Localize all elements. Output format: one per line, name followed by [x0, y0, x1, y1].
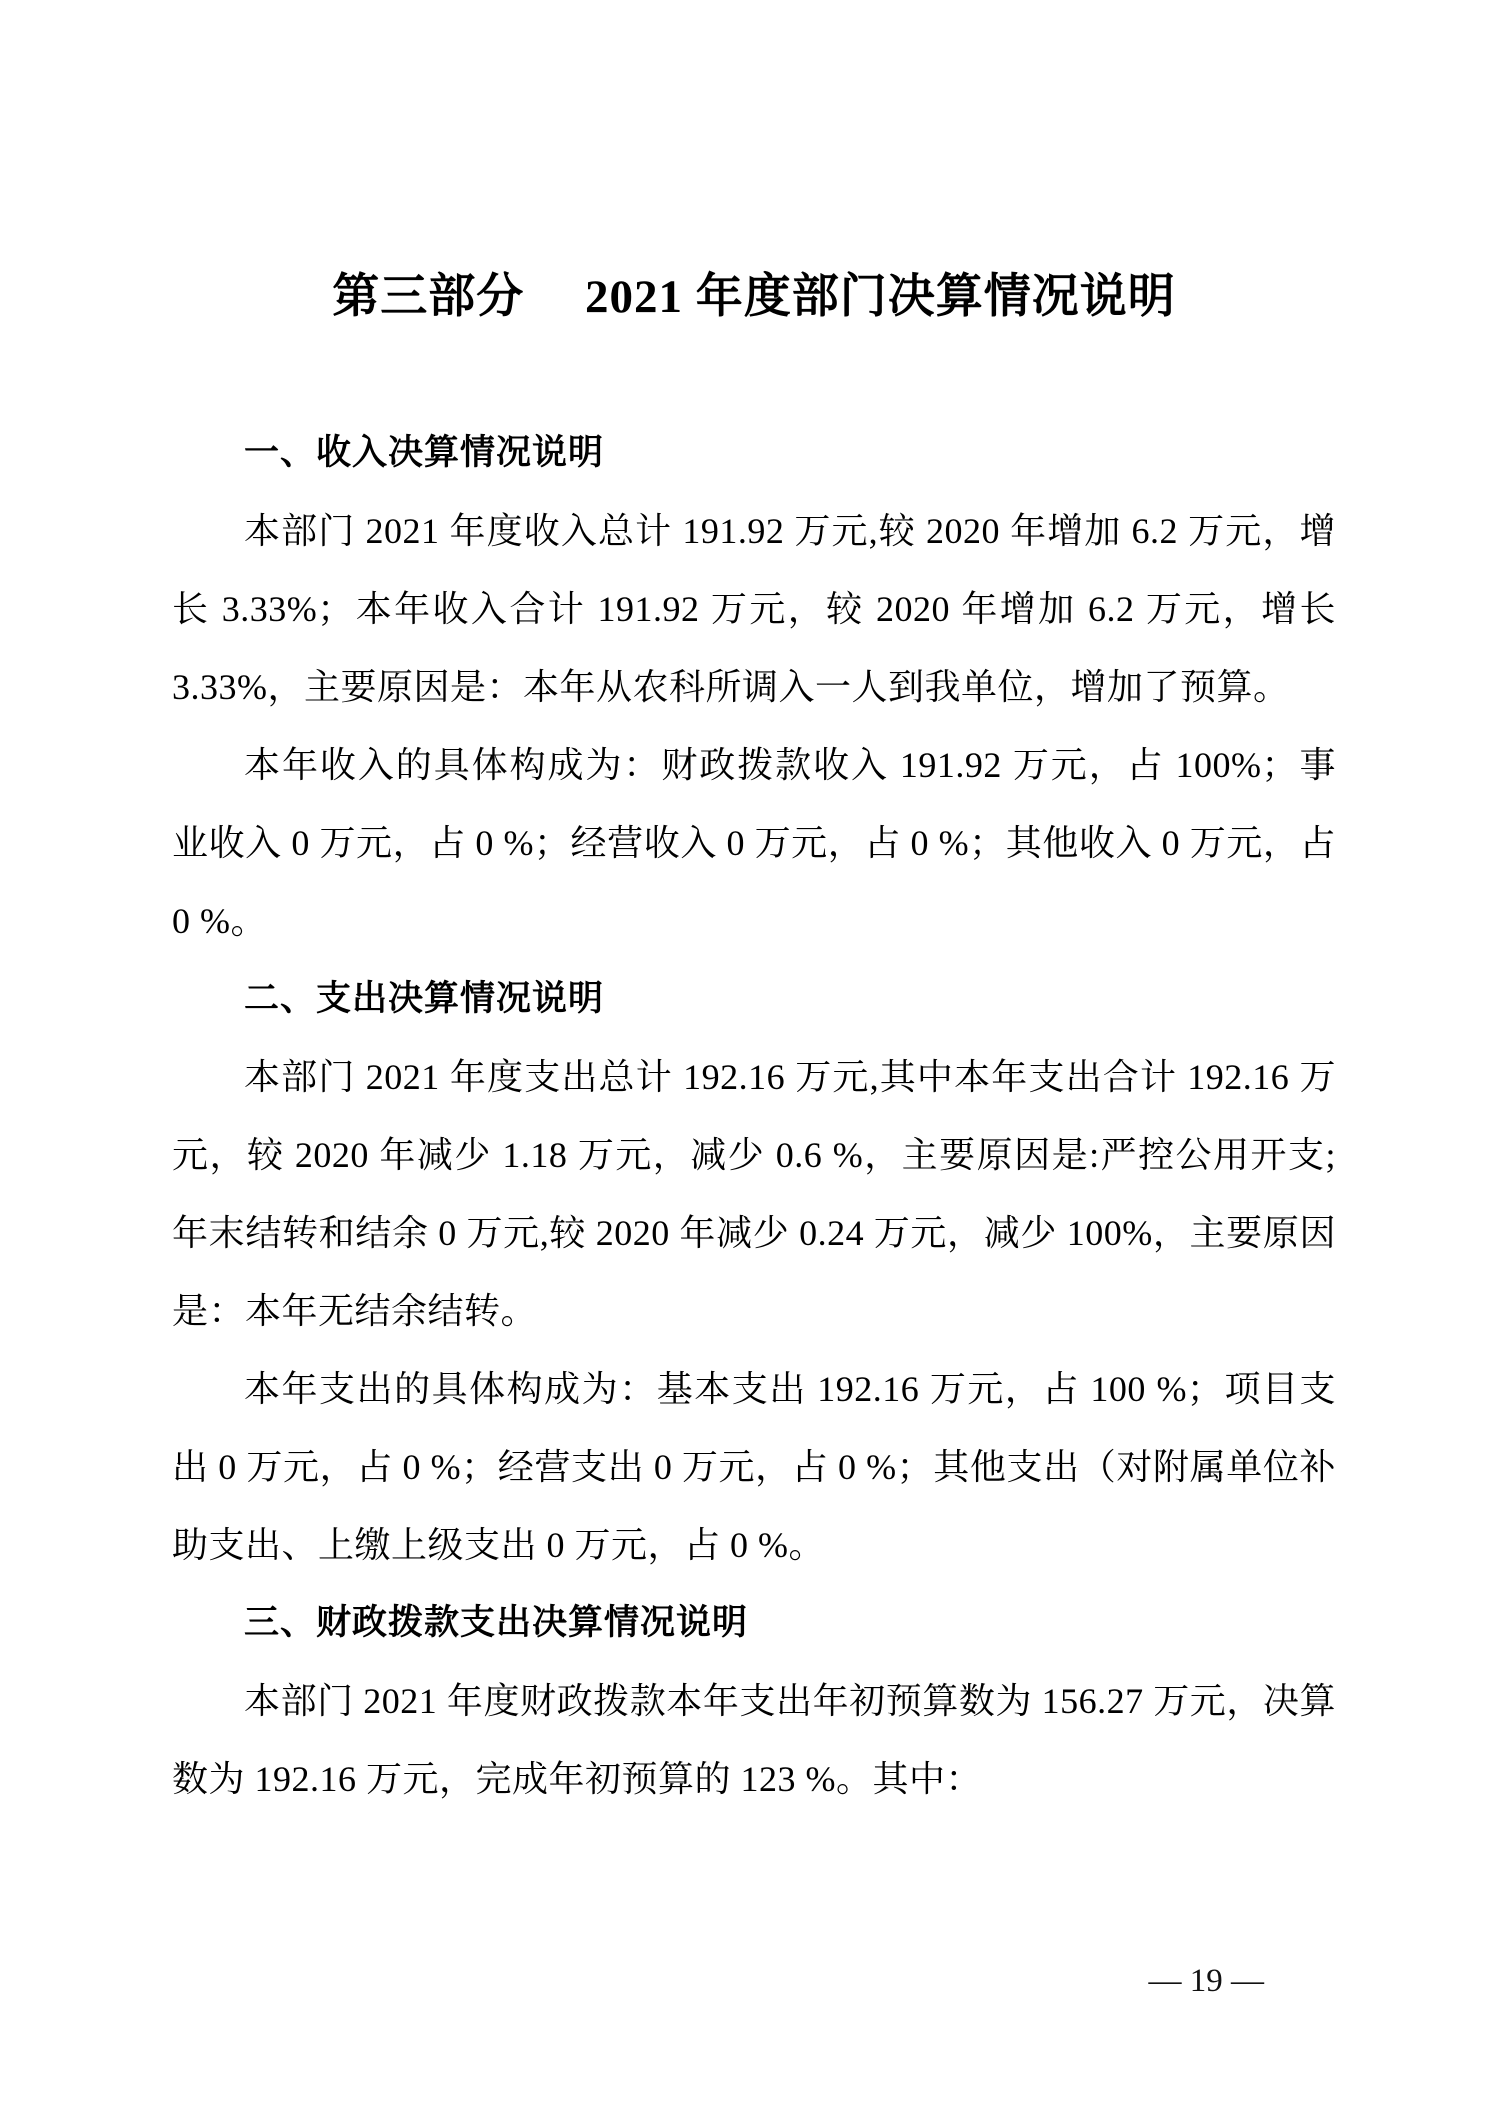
section-heading-income: 一、收入决算情况说明	[172, 414, 1336, 492]
paragraph: 本年收入的具体构成为：财政拨款收入 191.92 万元，占 100%；事业收入 …	[172, 726, 1336, 960]
paragraph: 本部门 2021 年度支出总计 192.16 万元,其中本年支出合计 192.1…	[172, 1038, 1336, 1350]
section-heading-expenditure: 二、支出决算情况说明	[172, 960, 1336, 1038]
section-heading-fiscal-appropriation: 三、财政拨款支出决算情况说明	[172, 1584, 1336, 1662]
document-body: 一、收入决算情况说明 本部门 2021 年度收入总计 191.92 万元,较 2…	[172, 414, 1336, 1818]
document-page: 第三部分 2021 年度部门决算情况说明 一、收入决算情况说明 本部门 2021…	[0, 0, 1486, 2103]
page-number: — 19 —	[1149, 1963, 1265, 1999]
paragraph: 本部门 2021 年度财政拨款本年支出年初预算数为 156.27 万元，决算数为…	[172, 1662, 1336, 1818]
paragraph: 本部门 2021 年度收入总计 191.92 万元,较 2020 年增加 6.2…	[172, 492, 1336, 726]
paragraph: 本年支出的具体构成为：基本支出 192.16 万元，占 100 %；项目支出 0…	[172, 1350, 1336, 1584]
document-title: 第三部分 2021 年度部门决算情况说明	[172, 272, 1336, 322]
